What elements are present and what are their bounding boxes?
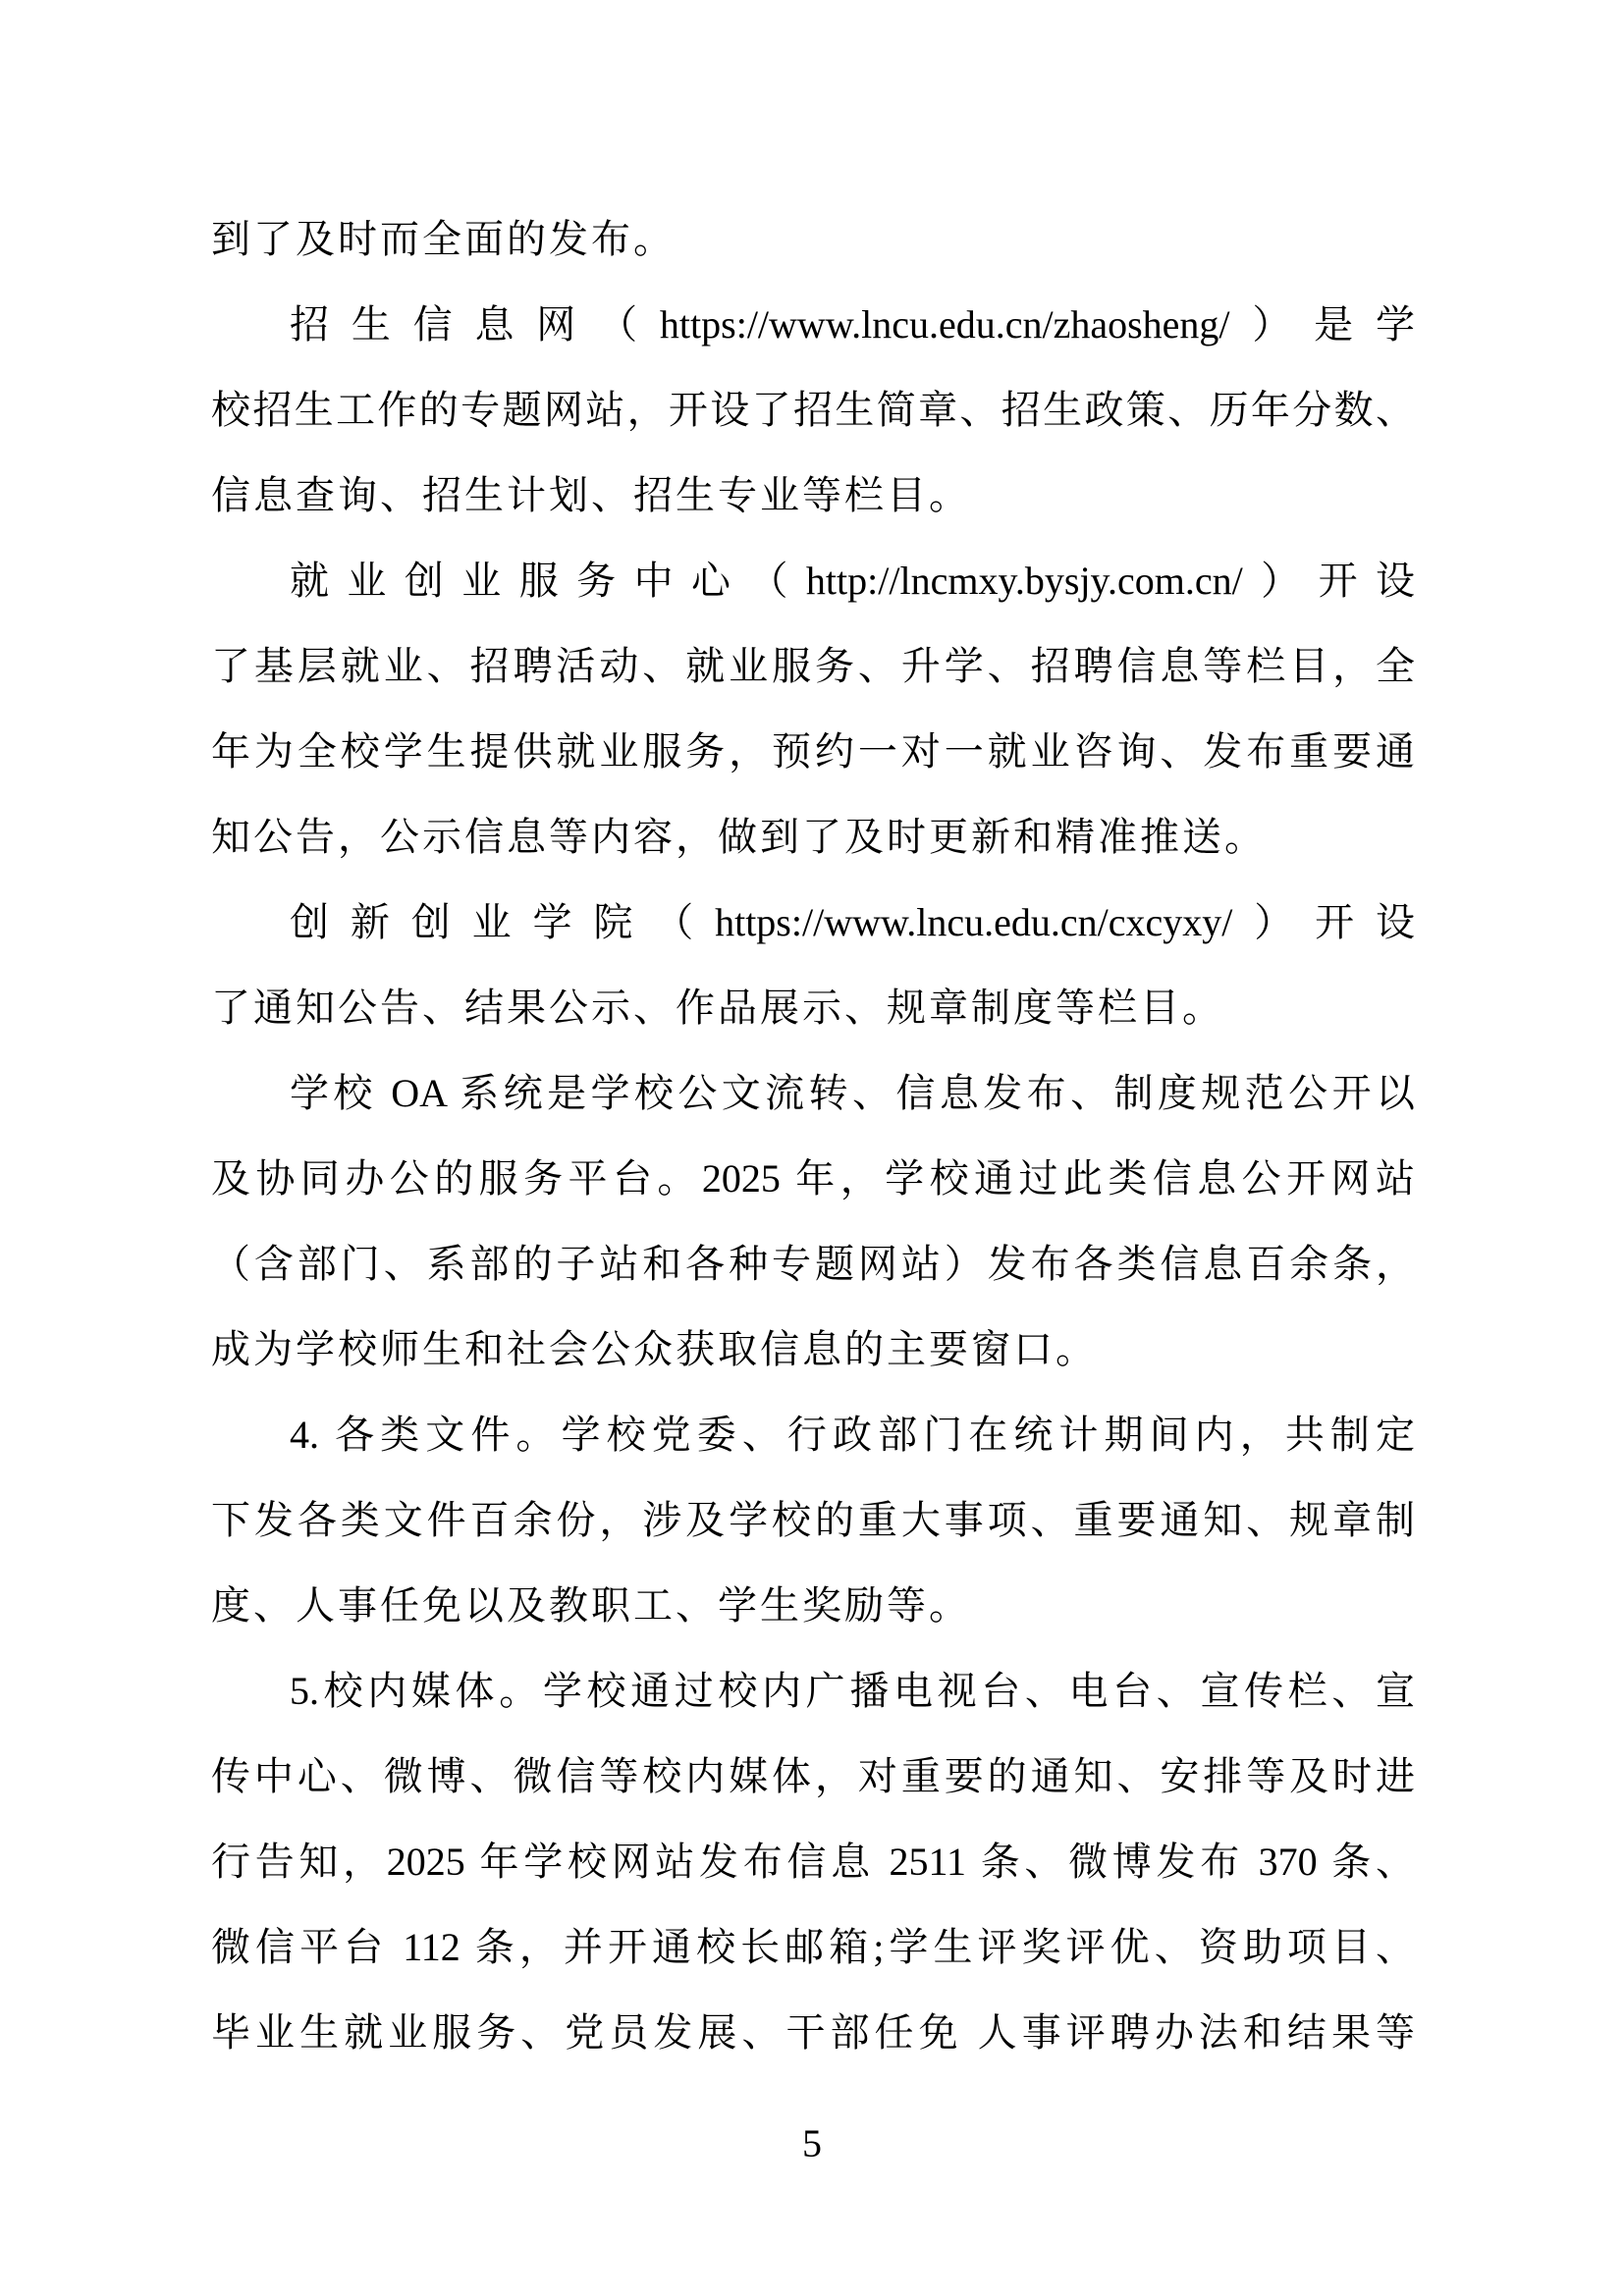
text-line: 了通知公告、结果公示、作品展示、规章制度等栏目。 [211,965,1415,1050]
text-line: （含部门、系部的子站和各种专题网站）发布各类信息百余条， [211,1221,1415,1307]
text-line: 了基层就业、招聘活动、就业服务、升学、招聘信息等栏目，全 [211,623,1415,709]
text-line: 成为学校师生和社会公众获取信息的主要窗口。 [211,1307,1415,1392]
text-line: 学校 OA 系统是学校公文流转、信息发布、制度规范公开以 [211,1050,1415,1136]
text-line: 校招生工作的专题网站，开设了招生简章、招生政策、历年分数、 [211,367,1415,453]
text-line: 招生信息网（https://www.lncu.edu.cn/zhaosheng/… [211,282,1415,367]
text-line: 4. 各类文件。学校党委、行政部门在统计期间内，共制定 [211,1392,1415,1477]
text-line: 创新创业学院（https://www.lncu.edu.cn/cxcyxy/）开… [211,880,1415,965]
text-line: 就业创业服务中心（http://lncmxy.bysjy.com.cn/）开设 [211,538,1415,623]
body-text: 到了及时而全面的发布。招生信息网（https://www.lncu.edu.cn… [211,196,1415,2075]
page-number: 5 [0,2120,1624,2167]
text-line: 下发各类文件百余份，涉及学校的重大事项、重要通知、规章制 [211,1477,1415,1563]
text-line: 度、人事任免以及教职工、学生奖励等。 [211,1563,1415,1648]
text-line: 微信平台 112 条，并开通校长邮箱;学生评奖评优、资助项目、 [211,1904,1415,1990]
document-page: 到了及时而全面的发布。招生信息网（https://www.lncu.edu.cn… [0,0,1624,2296]
text-line: 5.校内媒体。学校通过校内广播电视台、电台、宣传栏、宣 [211,1648,1415,1734]
text-line: 行告知，2025 年学校网站发布信息 2511 条、微博发布 370 条、 [211,1819,1415,1904]
text-line: 年为全校学生提供就业服务，预约一对一就业咨询、发布重要通 [211,709,1415,794]
text-line: 到了及时而全面的发布。 [211,196,1415,282]
text-line: 毕业生就业服务、党员发展、干部任免 人事评聘办法和结果等 [211,1990,1415,2075]
text-line: 信息查询、招生计划、招生专业等栏目。 [211,453,1415,538]
text-line: 知公告，公示信息等内容，做到了及时更新和精准推送。 [211,794,1415,880]
text-line: 传中心、微博、微信等校内媒体，对重要的通知、安排等及时进 [211,1734,1415,1819]
text-line: 及协同办公的服务平台。2025 年，学校通过此类信息公开网站 [211,1136,1415,1221]
